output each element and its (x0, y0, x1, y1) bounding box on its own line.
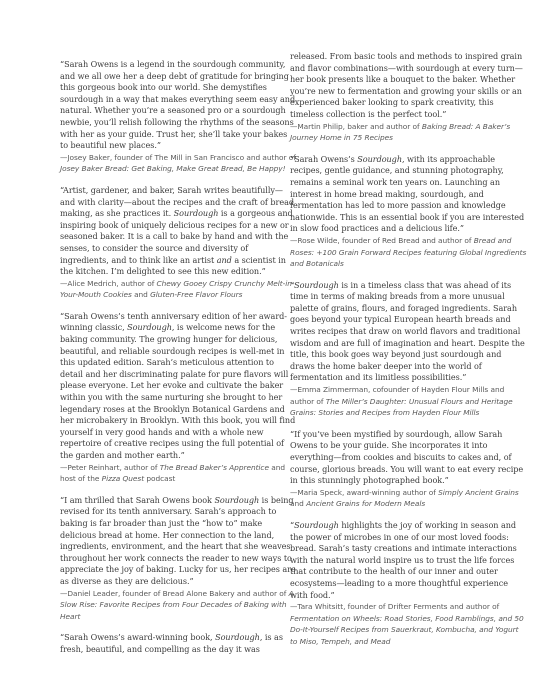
blurb-attribution: —Daniel Leader, founder of Bread Alone B… (60, 588, 297, 623)
blurb-quote: “Sourdough highlights the joy of working… (290, 520, 527, 601)
blurb-attribution: —Josey Baker, founder of The Mill in San… (60, 152, 297, 175)
book-title: Fermentation on Wheels: Road Stories, Fo… (290, 614, 524, 646)
blurb-quote: “I am thrilled that Sarah Owens book Sou… (60, 495, 297, 588)
blurb-attribution: —Peter Reinhart, author of The Bread Bak… (60, 462, 297, 485)
blurb-attribution: —Alice Medrich, author of Chewy Gooey Cr… (60, 278, 297, 301)
blurb-attribution: —Martin Philip, baker and author of Baki… (290, 121, 527, 144)
blurb-quote: “Sarah Owens’s Sourdough, with its appro… (290, 154, 527, 235)
right-column: released. From basic tools and methods t… (290, 51, 527, 658)
book-title: Gluten-Free Flavor Flours (150, 290, 242, 299)
book-title: Simply Ancient Grains (438, 488, 519, 497)
blurb-attribution: —Rose Wilde, founder of Red Bread and au… (290, 235, 527, 270)
blurb-martin-philip-start: “Sarah Owens’s award-winning book, Sourd… (60, 632, 297, 655)
blurb-attribution: —Maria Speck, award-winning author of Si… (290, 487, 527, 510)
blurb-josey-baker: “Sarah Owens is a legend in the sourdoug… (60, 59, 297, 175)
book-title: Ancient Grains for Modern Meals (306, 499, 425, 508)
blurb-quote: “Sarah Owens’s tenth anniversary edition… (60, 311, 297, 462)
blurb-peter-reinhart: “Sarah Owens’s tenth anniversary edition… (60, 311, 297, 485)
blurb-quote: “Sarah Owens’s award-winning book, Sourd… (60, 632, 297, 655)
blurb-quote: released. From basic tools and methods t… (290, 51, 527, 121)
blurb-tara-whitsitt: “Sourdough highlights the joy of working… (290, 520, 527, 648)
book-praise-page: “Sarah Owens is a legend in the sourdoug… (0, 0, 560, 700)
book-title: Josey Baker Bread: Get Baking, Make Grea… (60, 164, 286, 173)
book-title: The Bread Baker’s Apprentice (160, 463, 269, 472)
blurb-attribution: —Tara Whitsitt, founder of Drifter Ferme… (290, 601, 527, 647)
blurb-quote: “Artist, gardener, and baker, Sarah writ… (60, 185, 297, 278)
left-column: “Sarah Owens is a legend in the sourdoug… (60, 59, 297, 666)
blurb-attribution: —Emma Zimmerman, cofounder of Hayden Flo… (290, 384, 527, 419)
blurb-daniel-leader: “I am thrilled that Sarah Owens book Sou… (60, 495, 297, 623)
blurb-quote: “If you’ve been mystified by sourdough, … (290, 429, 527, 487)
blurb-rose-wilde: “Sarah Owens’s Sourdough, with its appro… (290, 154, 527, 270)
blurb-quote: “Sourdough is in a timeless class that w… (290, 280, 527, 384)
blurb-alice-medrich: “Artist, gardener, and baker, Sarah writ… (60, 185, 297, 301)
blurb-martin-philip: released. From basic tools and methods t… (290, 51, 527, 144)
blurb-emma-zimmerman: “Sourdough is in a timeless class that w… (290, 280, 527, 419)
podcast-title: Pizza Quest (102, 474, 144, 483)
blurb-quote: “Sarah Owens is a legend in the sourdoug… (60, 59, 297, 152)
blurb-maria-speck: “If you’ve been mystified by sourdough, … (290, 429, 527, 510)
